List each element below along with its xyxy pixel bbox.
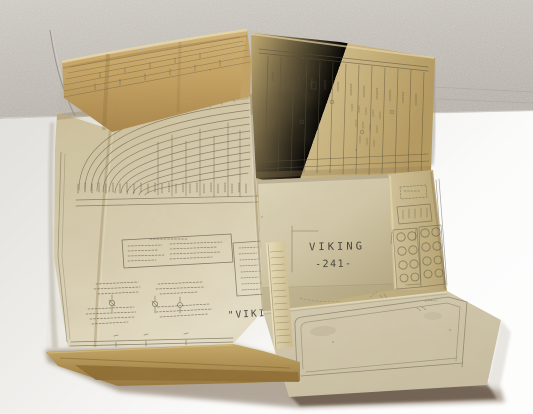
photo-scene: "VIKING VIKING -241- — [0, 0, 533, 414]
schematic-photo: "VIKING VIKING -241- — [0, 0, 533, 414]
